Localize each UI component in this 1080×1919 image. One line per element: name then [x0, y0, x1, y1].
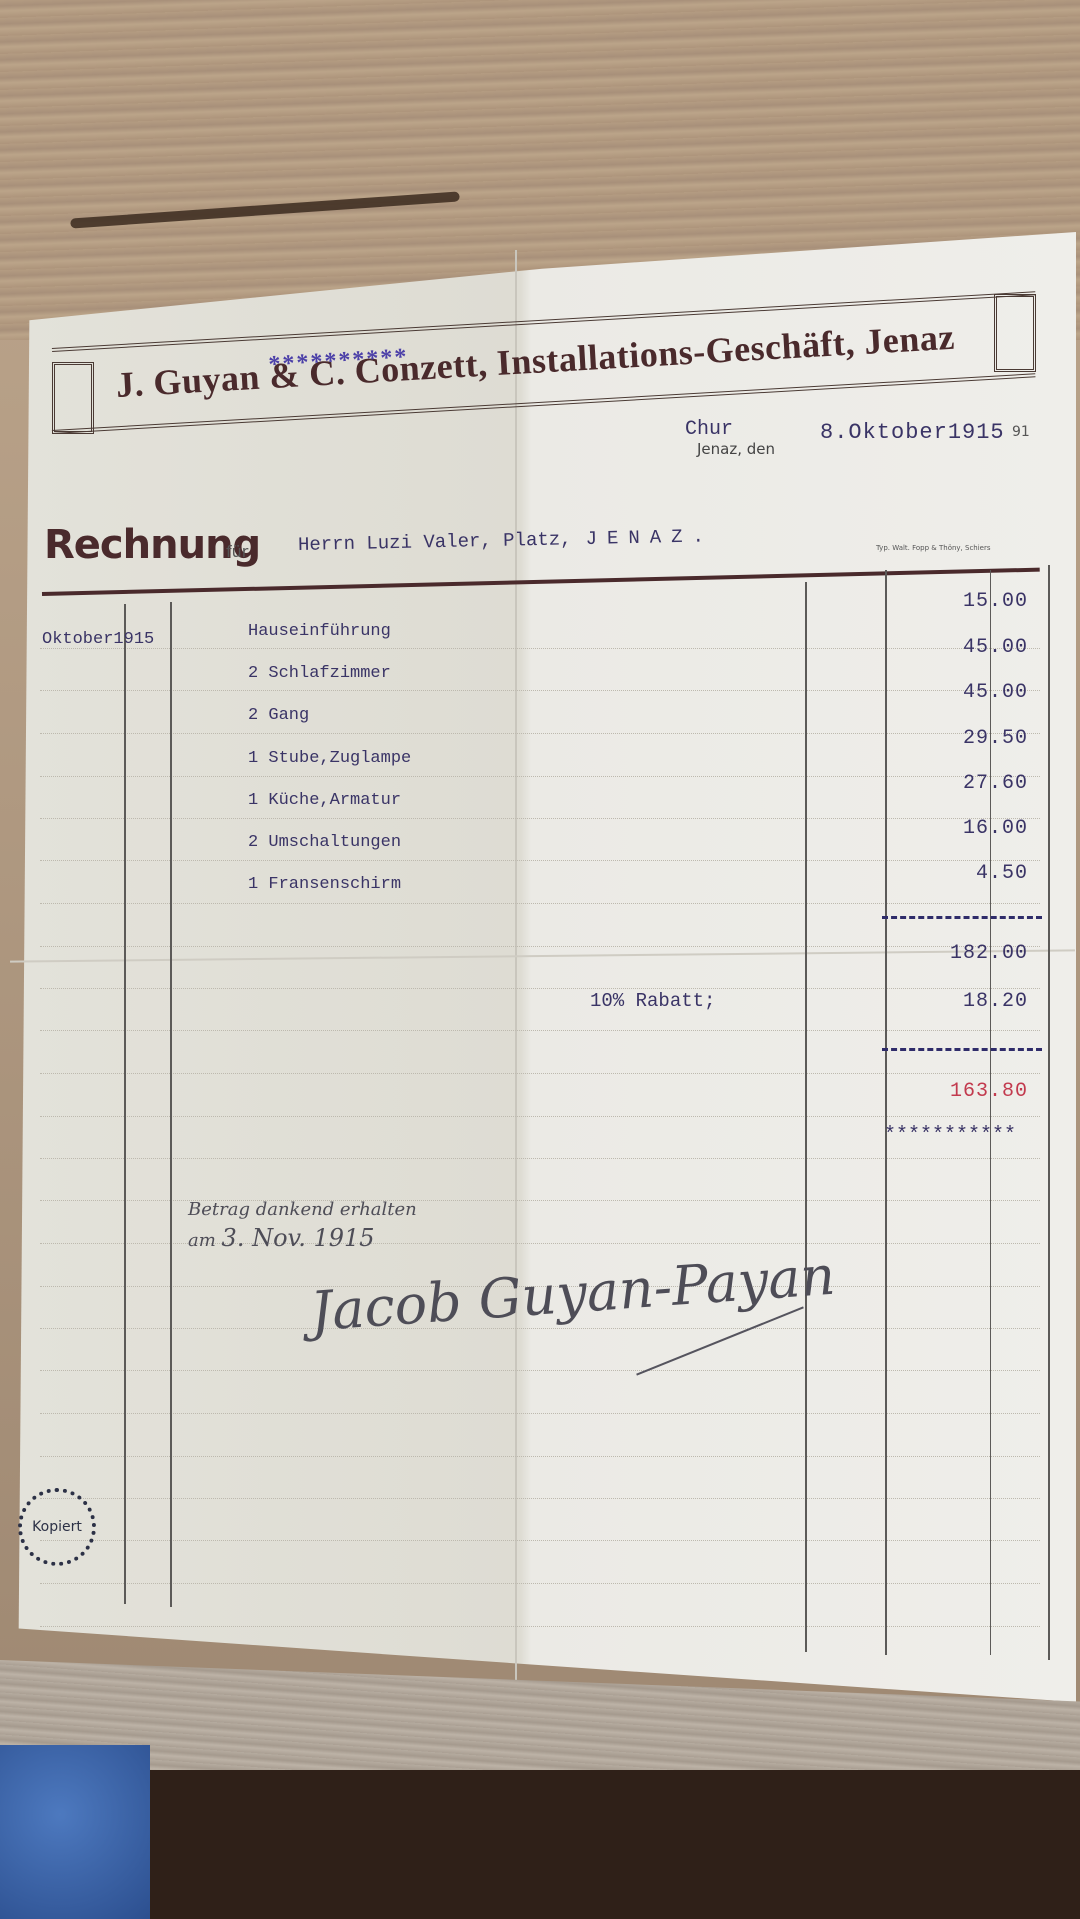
ruled-line [40, 1498, 1040, 1499]
for-label: für [226, 542, 248, 561]
line-item-description: Hauseinführung [248, 622, 391, 641]
frame-end-right [994, 294, 1036, 372]
discount-amount: 18.20 [880, 990, 1028, 1013]
line-item-amount: 45.00 [880, 681, 1028, 704]
ruled-line [40, 1583, 1040, 1584]
line-item-amount: 16.00 [880, 817, 1028, 840]
company-prefix: J. Guyan [115, 356, 271, 405]
recipient-city: JENAZ. [585, 525, 714, 550]
receipt-line-2: am 3. Nov. 1915 [188, 1224, 417, 1255]
printer-note: Typ. Walt. Fopp & Thöny, Schiers [876, 544, 991, 552]
line-item-amount: 15.00 [880, 590, 1028, 613]
column-line-date-left [124, 604, 126, 1604]
company-struck-text: & C. Conzett, [268, 344, 488, 397]
letterhead-frame: J. Guyan & C. Conzett, Installations-Ges… [52, 292, 1037, 432]
kopiert-stamp: Kopiert [18, 1488, 96, 1566]
ruled-line [40, 903, 1040, 904]
ruled-line [40, 1328, 1040, 1329]
column-line-subtotal [805, 582, 807, 1652]
stamp-label: Kopiert [32, 1519, 82, 1535]
line-item-description: 2 Schlafzimmer [248, 664, 391, 683]
blue-cloth [0, 1745, 150, 1919]
column-line-amount-right [1048, 565, 1050, 1660]
ruled-line [40, 1456, 1040, 1457]
place-typed: Chur [685, 418, 733, 441]
subtotal-amount: 182.00 [880, 942, 1028, 965]
total-stars: *********** [884, 1124, 1016, 1147]
ruled-line [40, 1030, 1040, 1031]
company-suffix: Installations-Geschäft, Jenaz [486, 317, 956, 384]
invoice-date: 8.Oktober1915 [820, 420, 1005, 445]
receipt-note: Betrag dankend erhalten am 3. Nov. 1915 [188, 1196, 417, 1255]
ruled-line [40, 1626, 1040, 1627]
line-item-amount: 4.50 [880, 862, 1028, 885]
receipt-date: 3. Nov. 1915 [222, 1224, 375, 1252]
subtotal-divider [882, 916, 1042, 919]
date-printed-suffix: 91 [1012, 424, 1030, 440]
line-item-description: 2 Umschaltungen [248, 833, 401, 852]
ruled-line [40, 1116, 1040, 1117]
company-name: J. Guyan & C. Conzett, Installations-Ges… [115, 316, 956, 406]
ruled-line [40, 1370, 1040, 1371]
line-item-amount: 45.00 [880, 636, 1028, 659]
receipt-am: am [188, 1230, 216, 1251]
line-item-amount: 27.60 [880, 772, 1028, 795]
total-divider [882, 1048, 1042, 1051]
line-item-description: 1 Küche,Armatur [248, 791, 401, 810]
ruled-line [40, 1540, 1040, 1541]
date-column-entry: Oktober1915 [42, 630, 154, 649]
ruled-line [40, 860, 1040, 861]
place-printed: Jenaz, den [697, 440, 775, 458]
receipt-line-1: Betrag dankend erhalten [188, 1196, 417, 1224]
invoice-paper [8, 232, 1076, 1702]
total-amount: 163.80 [880, 1080, 1028, 1103]
paper-fold-vertical [515, 250, 517, 1710]
line-item-amount: 29.50 [880, 727, 1028, 750]
line-item-description: 1 Stube,Zuglampe [248, 749, 411, 768]
ruled-line [40, 988, 1040, 989]
ruled-line [40, 1073, 1040, 1074]
frame-end-left [52, 362, 94, 434]
line-item-description: 2 Gang [248, 706, 309, 725]
floor-shadow [0, 1770, 1080, 1919]
column-line-date-right [170, 602, 172, 1607]
line-item-description: 1 Fransenschirm [248, 875, 401, 894]
ruled-line [40, 1158, 1040, 1159]
ruled-line [40, 1413, 1040, 1414]
discount-label: 10% Rabatt; [590, 990, 715, 1012]
